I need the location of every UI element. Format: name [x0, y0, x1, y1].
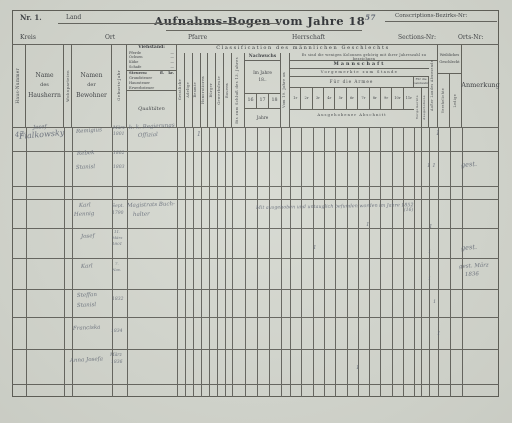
jahre-label: Jahre [257, 116, 269, 121]
form-title-text: Aufnahms-Bogen vom Jahre 18 [154, 14, 365, 28]
handwritten-entry: (16) [404, 208, 413, 213]
grid-line [12, 44, 499, 45]
handwritten-entry: 1 [313, 245, 317, 251]
grid-line [185, 127, 186, 397]
grid-line [166, 30, 362, 31]
handwritten-entry: 1834 [111, 329, 122, 334]
handwritten-entry: 1 [356, 365, 360, 371]
female-subcols: Verehelichte Ledige [438, 74, 462, 127]
age-col: 11r [404, 88, 414, 109]
age-col: 3r [313, 88, 324, 109]
vorgemerkt-band: Vorgemerkte zum Stande [290, 69, 429, 77]
female-verehelichte: Verehelichte [442, 88, 445, 113]
handwritten-entry: Rebek [77, 150, 95, 157]
female-header: Weibliches Geschlecht [438, 44, 462, 74]
cat-col: Geistliche [177, 53, 185, 127]
handwritten-entry: gest. [461, 160, 478, 169]
handwritten-entry: 1 [428, 276, 431, 282]
grid-line [12, 228, 499, 229]
form-year-handwritten: 57 [365, 13, 376, 22]
abschnitt-band: Ausgehobener Abschnitt [290, 112, 414, 125]
col-header-wohnparteien: Wohnparteien [64, 44, 72, 127]
grid-line [209, 127, 210, 397]
grid-line [64, 127, 65, 397]
cat-col: Adelige [185, 53, 193, 127]
cat-beamte: Beamte [194, 82, 197, 98]
cat-adelige: Adelige [187, 82, 190, 98]
handwritten-entry: 1 [437, 331, 441, 337]
age-col: 10r [392, 88, 403, 109]
col-header-vom19: Vom 19. Jahre an [281, 53, 290, 127]
grid-line [450, 127, 451, 397]
grid-line [301, 127, 302, 397]
vieh-schafe: Schafe [129, 65, 141, 70]
nachwuchs-imjahre: Im Jahre 18.. [245, 61, 280, 94]
steuern-units: fl. kr. [160, 71, 174, 76]
grid-line [12, 317, 499, 318]
age-col: 2r [301, 88, 312, 109]
nachwuchs-box: Nachwuchs Im Jahre 18.. 16 17 18 Jahre [245, 53, 281, 127]
grid-line [193, 127, 194, 397]
handwritten-entry: Offizial [138, 132, 158, 139]
handwritten-entry: 1 [197, 131, 201, 138]
age-col: 6r [347, 88, 358, 109]
grid-line [177, 127, 178, 397]
handwritten-entry: 1832 [112, 297, 123, 302]
col-header-qualitaeten-box: Viehstand: Pferde— Ochsen— Kühe— Schafe—… [127, 44, 177, 127]
landwehr-subcol: Vorgemerkte [414, 88, 422, 127]
armee-band: Für die Armee [290, 77, 414, 88]
grid-line [369, 127, 370, 397]
handwritten-entry: 7. [115, 261, 119, 266]
bis13-label: Bis zum Schluß des 13. Jahres [236, 57, 240, 124]
landwehr-ausgehobene: Ausgehobene [423, 95, 426, 120]
handwritten-entry: Hennig [74, 211, 95, 218]
jahre-band: Jahre [245, 109, 280, 127]
bewohner-line3: Bewohner [76, 92, 107, 100]
conscription-district-label: Conscriptions-Bezirks-Nr: [395, 13, 467, 19]
female-title-1: Weibliches [440, 53, 460, 57]
grid-line [12, 384, 499, 385]
handwritten-entry: halter [133, 211, 150, 218]
col-header-abwesend: Außer Landes Abwesende [429, 44, 438, 127]
cat-geistliche: Geistliche [179, 79, 182, 100]
mannschaft-title: Mannschaft [290, 61, 429, 69]
col-header-hausnummer: Haus-Nummer [12, 44, 26, 127]
steuern-erwerb: Erwerbsteuer [129, 86, 154, 91]
nachwuchs-title: Nachwuchs [245, 53, 280, 61]
classification-title: Classification des männlichen Geschlecht… [177, 45, 429, 53]
grid-line [403, 127, 404, 397]
grid-line [313, 127, 314, 397]
steuern-section: Steuern: fl. kr. Grundsteuer Haussteuer … [127, 71, 176, 91]
handwritten-entry: gest. [461, 243, 478, 252]
cat-bauern: Bauern [226, 83, 229, 98]
handwritten-entry: März [113, 126, 125, 131]
grid-line [269, 127, 270, 397]
grid-line [12, 258, 499, 259]
handwritten-entry: Steffan [77, 292, 97, 299]
grid-line [12, 186, 499, 187]
handwritten-entry: 1802 [113, 151, 124, 156]
age-col: 8r [370, 88, 381, 109]
age-columns: 1r 2r 3r 4r 5r 6r 7r 8r 9r 10r 11r [290, 88, 414, 110]
viehstand-row: Schafe— [127, 65, 176, 70]
bewohner-line1: Namen [81, 72, 103, 80]
landwehr-label: Für die Landwehr [413, 78, 428, 86]
female-ledige: Ledige [454, 94, 457, 107]
year-17: 17 [257, 94, 269, 108]
land-label: Land [66, 14, 81, 21]
cat-col: Bauern [224, 53, 232, 127]
female-subcol: Verehelichte [438, 74, 450, 127]
hausherr-line1: Name [35, 72, 53, 80]
cat-col: Beamte [193, 53, 201, 127]
grid-line [358, 127, 359, 397]
cat-col: Honoratioren [201, 53, 209, 127]
landwehr-vorgemerkte: Vorgemerkte [416, 95, 419, 119]
vieh-dash: — [170, 65, 174, 70]
handwritten-entry: März [110, 353, 122, 358]
handwritten-entry: 1801 [112, 241, 122, 246]
year-16: 16 [245, 94, 257, 108]
grid-line [217, 127, 218, 397]
handwritten-entry: Stanisl [76, 164, 95, 171]
ort-label: Ort [105, 34, 115, 41]
grid-line [290, 127, 291, 397]
cat-buerger: Bürger [210, 83, 213, 98]
hausherr-line2: des [40, 82, 49, 88]
grid-line [232, 127, 233, 397]
handwritten-entry: 1836 [465, 271, 479, 278]
handwritten-entry: 1836 [111, 360, 122, 365]
handwritten-entry: 11. [114, 229, 120, 234]
handwritten-entry: Nov. [112, 267, 121, 272]
armee-label: Für die Armee [330, 79, 374, 84]
grid-line [392, 127, 393, 397]
imjahre-label: Im Jahre [253, 71, 272, 76]
grid-line [380, 127, 381, 397]
grid-line [385, 21, 497, 22]
grid-line [12, 199, 499, 200]
col-header-bis13: Bis zum Schluß des 13. Jahres [232, 53, 245, 127]
year-18: 18 [269, 94, 280, 108]
grid-line [335, 127, 336, 397]
abwesend-label: Außer Landes Abwesende [431, 60, 434, 111]
col-header-bewohner: Namen der Bewohner [72, 44, 112, 127]
cat-gewerbsleute: Gewerbsleute [218, 76, 221, 105]
handwritten-entry: Karl [79, 202, 91, 209]
handwritten-entry: März [112, 235, 123, 240]
hausherr-line3: Hausherrn [28, 92, 61, 100]
handwritten-entry: 1 [433, 299, 436, 305]
age-col: 7r [358, 88, 369, 109]
handwritten-entry: 1803 [113, 165, 124, 170]
grid-line [281, 127, 282, 397]
handwritten-entry: 1790 [112, 211, 123, 216]
grid-line [26, 127, 27, 397]
handwritten-entry: 1801 [113, 132, 124, 137]
imjahre-year: 18.. [258, 78, 266, 83]
scanned-form-sheet: Nr. 1. Land Aufnahms-Bogen vom Jahre 185… [0, 0, 512, 423]
vom19-label: Vom 19. Jahre an [283, 72, 286, 108]
geburtsjahr-label: Geburts-Jahr [117, 70, 121, 101]
qualitaeten-label-band: Qualitäten [127, 91, 176, 127]
hausnummer-label: Haus-Nummer [16, 68, 20, 104]
handwritten-entry: 1 [436, 130, 440, 137]
grid-line [324, 127, 325, 397]
handwritten-entry: Sept. [112, 204, 124, 209]
anmerkung-label: Anmerkung [461, 81, 499, 89]
grid-line [421, 127, 422, 397]
age-col: 9r [381, 88, 392, 109]
age-col: 4r [324, 88, 335, 109]
handwritten-entry: 1 [366, 222, 370, 228]
mannschaft-note: Es sind die wenigen Kolonnen gehörig mit… [290, 53, 438, 61]
col-header-geburtsjahr: Geburts-Jahr [112, 44, 127, 127]
wohnparteien-label: Wohnparteien [66, 70, 70, 102]
landwehr-subcols: Vorgemerkte Ausgehobene [414, 88, 429, 127]
classification-category-columns: Geistliche Adelige Beamte Honoratioren B… [177, 53, 232, 127]
viehstand-section: Viehstand: Pferde— Ochsen— Kühe— Schafe— [127, 44, 176, 71]
grid-line [72, 127, 73, 397]
kreis-label: Kreis [20, 34, 36, 41]
cat-col: Gewerbsleute [216, 53, 224, 127]
steuern-fl: fl. [160, 70, 164, 75]
sections-nr-label: Sections-Nr: [398, 34, 436, 41]
form-number: Nr. 1. [20, 13, 42, 22]
herrschaft-label: Herrschaft [292, 34, 325, 41]
grid-line [438, 127, 439, 397]
cat-col: Bürger [208, 53, 216, 127]
orts-nr-label: Orts-Nr: [458, 34, 483, 41]
col-header-anmerkung: Anmerkung [462, 44, 499, 127]
handwritten-entry: 1 [428, 249, 431, 255]
bewohner-line2: der [87, 82, 96, 88]
age-col: 5r [335, 88, 346, 109]
handwritten-entry: 1 1 [427, 163, 436, 169]
grid-line [127, 127, 128, 397]
col-header-hausherr: Name des Hausherrn [26, 44, 64, 127]
grid-line [12, 289, 499, 290]
handwritten-entry: Karl [81, 263, 93, 270]
grid-line [414, 127, 415, 397]
handwritten-entry: Stanisl [77, 302, 96, 309]
grid-line [225, 127, 226, 397]
steuern-kr: kr. [165, 70, 174, 75]
steuern-row: Erwerbsteuer [127, 86, 176, 91]
qualitaeten-label: Qualitäten [138, 106, 165, 112]
form-title: Aufnahms-Bogen vom Jahre 1857 [150, 13, 380, 28]
landwehr-band: Für die Landwehr [414, 77, 429, 88]
grid-line [245, 127, 246, 397]
grid-line [58, 23, 280, 24]
handwritten-entry: Josef [81, 233, 95, 240]
female-title-2: Geschlecht [439, 60, 459, 64]
grid-line [257, 127, 258, 397]
grid-line [12, 349, 499, 350]
grid-line [201, 127, 202, 397]
handwritten-entry: 1 [429, 224, 433, 230]
cat-honoratioren: Honoratioren [202, 76, 205, 104]
nachwuchs-years-row: 16 17 18 [245, 94, 280, 109]
pfarre-label: Pfarre [188, 34, 207, 41]
grid-line [347, 127, 348, 397]
age-col: 1r [290, 88, 301, 109]
landwehr-subcol: Ausgehobene [422, 88, 430, 127]
